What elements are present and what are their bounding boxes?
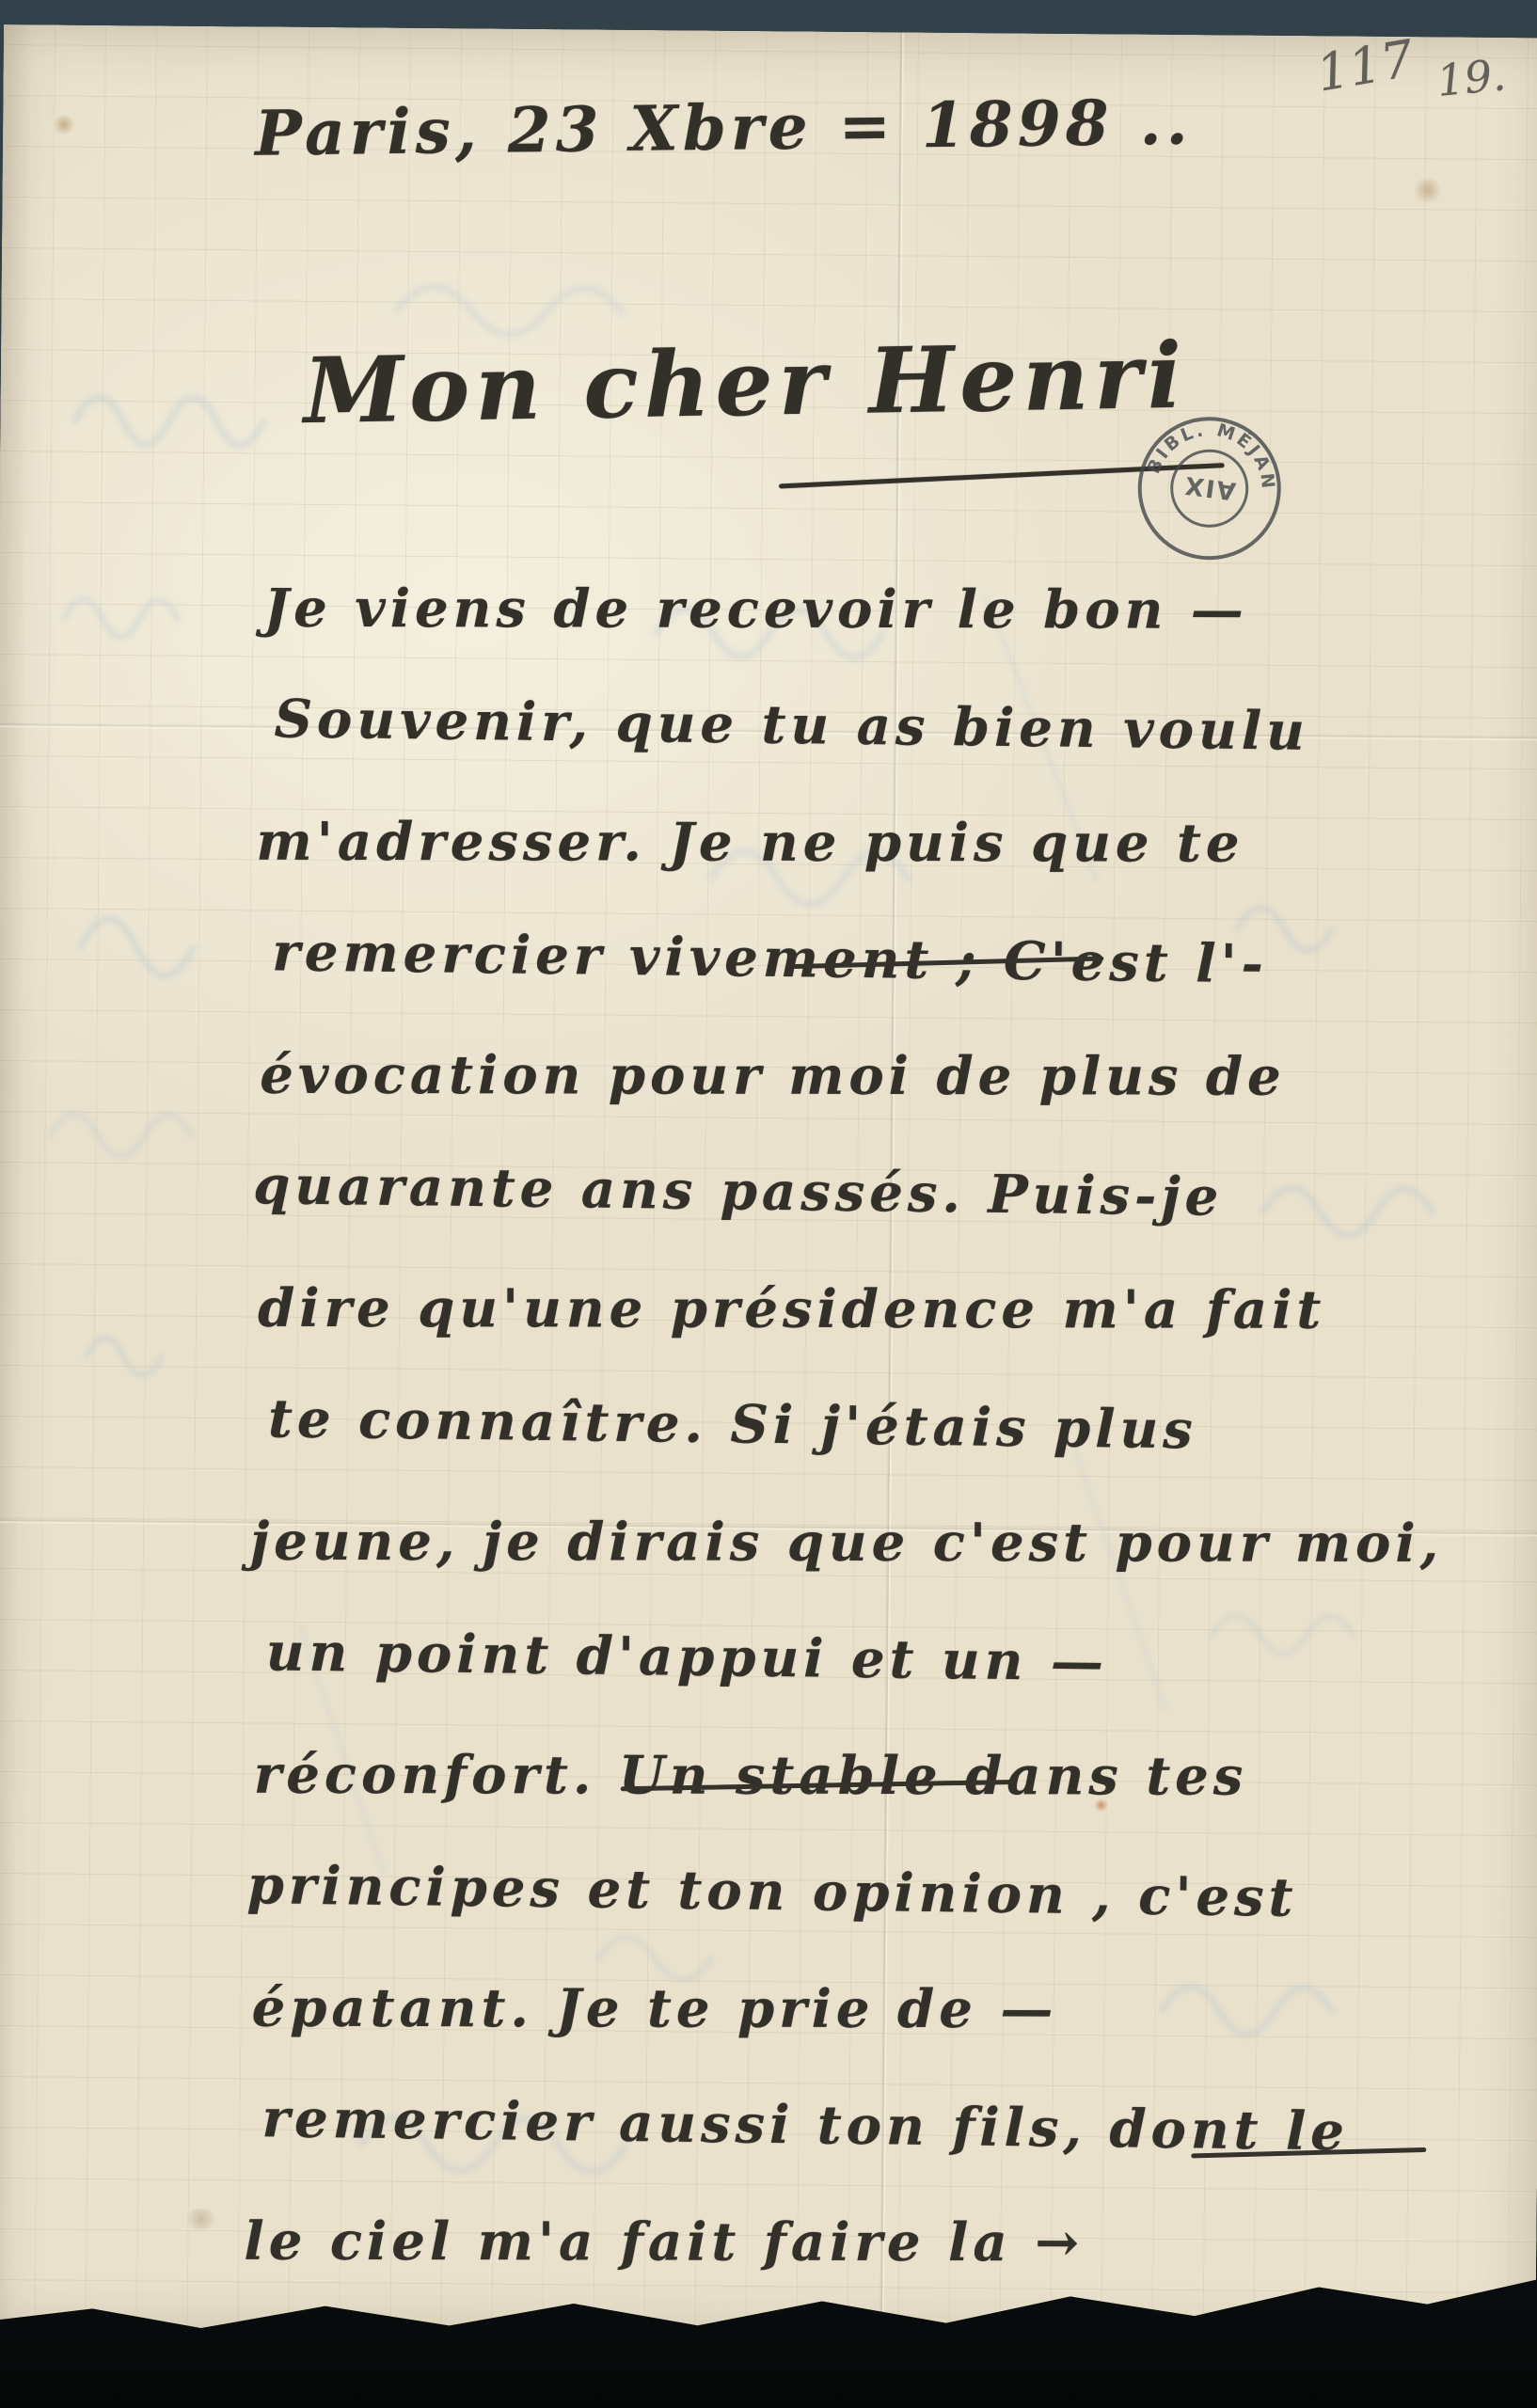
scan-background: 117 19. Paris, 23 Xbre = 1898 .. Mon che… <box>0 0 1537 2408</box>
letter-page: 117 19. Paris, 23 Xbre = 1898 .. Mon che… <box>0 24 1537 2344</box>
archival-number-secondary: 19. <box>1434 49 1508 106</box>
letter-line: épatant. Je te prie de — <box>252 1950 1439 2068</box>
letter-line: remercier vivement ; C'est l'- <box>272 894 1450 1024</box>
letter-line: dire qu'une présidence m'a fait <box>258 1250 1445 1369</box>
stamp-center-text: AIX <box>1181 470 1237 505</box>
letter-line: réconfort. Un stable dans tes <box>254 1717 1441 1835</box>
letter-line: le ciel m'a fait faire la → <box>244 2183 1436 2302</box>
letter-line: te connaître. Si j'étais plus <box>267 1360 1445 1491</box>
salutation: Mon cher Henri <box>303 323 1188 444</box>
library-stamp-mejanes-aix: BIBL. MÉJANES AIX <box>1123 402 1296 575</box>
letter-line: quarante ans passés. Puis-je <box>252 1127 1447 1258</box>
letter-line: remercier aussi ton fils, dont le <box>261 2060 1439 2191</box>
letter-line: évocation pour moi de plus de <box>260 1017 1447 1135</box>
letter-line: Je viens de recevoir le bon — <box>263 550 1450 669</box>
letter-line: m'adresser. Je ne puis que te <box>256 784 1449 902</box>
letter-body: Je viens de recevoir le bon — Souvenir, … <box>249 546 1451 2305</box>
letter-line: principes et ton opinion , c'est <box>246 1827 1441 1957</box>
letter-line: un point d'appui et un — <box>265 1593 1443 1724</box>
dateline: Paris, 23 Xbre = 1898 .. <box>255 86 1193 170</box>
letter-line: jeune, je dirais que c'est pour moi, <box>250 1483 1443 1602</box>
letter-line: Souvenir, que tu as bien voulu <box>274 660 1451 791</box>
